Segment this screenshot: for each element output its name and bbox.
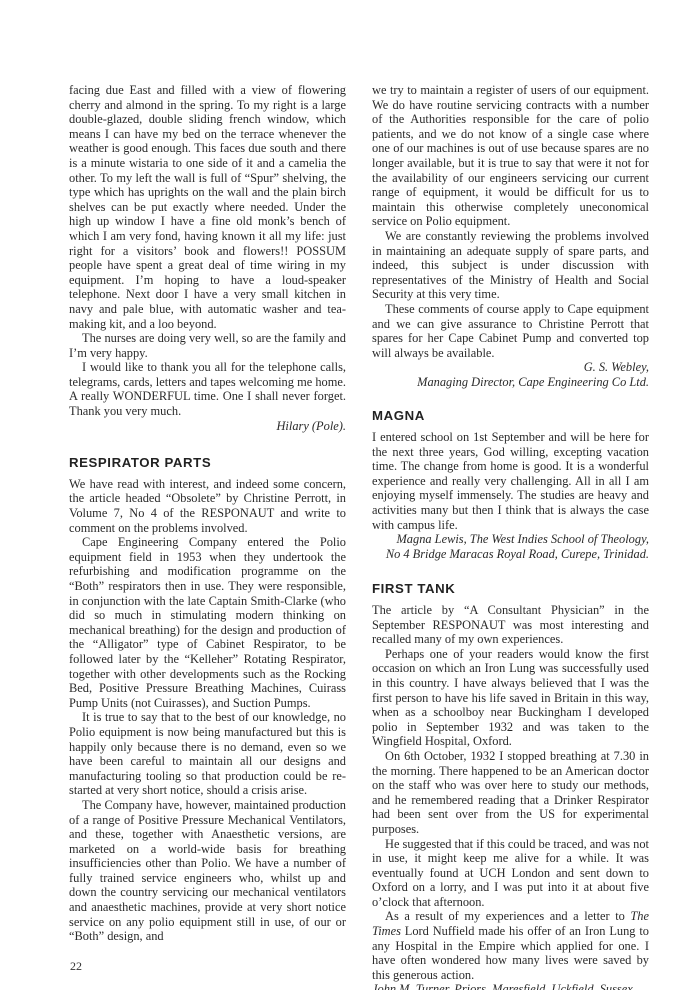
body-paragraph: we try to maintain a register of users o… <box>372 83 649 229</box>
author-signature-line2: No 4 Bridge Maracas Royal Road, Curepe, … <box>372 547 649 562</box>
body-paragraph: Cape Engineering Company entered the Pol… <box>69 535 346 710</box>
paragraph-suffix: Lord Nuffield made his offer of an Iron … <box>372 924 649 982</box>
body-paragraph: I entered school on 1st September and wi… <box>372 430 649 532</box>
body-paragraph: The nurses are doing very well, so are t… <box>69 331 346 360</box>
body-paragraph-final: As a result of my experiences and a lett… <box>372 909 649 982</box>
body-paragraph: The article by “A Consultant Physician” … <box>372 603 649 647</box>
right-column: we try to maintain a register of users o… <box>372 83 649 990</box>
body-paragraph: These comments of course apply to Cape e… <box>372 302 649 360</box>
body-paragraph: It is true to say that to the best of ou… <box>69 710 346 798</box>
body-paragraph: The Company have, however, maintained pr… <box>69 798 346 944</box>
author-signature: John M. Turner, Priors, Maresfield, Uckf… <box>372 982 649 990</box>
body-paragraph: He suggested that if this could be trace… <box>372 837 649 910</box>
body-paragraph: We have read with interest, and indeed s… <box>69 477 346 535</box>
body-paragraph: facing due East and filled with a view o… <box>69 83 346 331</box>
author-signature-name: G. S. Webley, <box>372 360 649 375</box>
section-heading-first-tank: FIRST TANK <box>372 582 649 597</box>
body-paragraph: We are constantly reviewing the problems… <box>372 229 649 302</box>
author-signature: Hilary (Pole). <box>69 419 346 434</box>
left-column: facing due East and filled with a view o… <box>69 83 346 944</box>
section-heading-respirator-parts: RESPIRATOR PARTS <box>69 456 346 471</box>
paragraph-prefix: As a result of my experiences and a lett… <box>385 909 630 923</box>
author-signature-title: Managing Director, Cape Engineering Co L… <box>372 375 649 390</box>
body-paragraph: I would like to thank you all for the te… <box>69 360 346 418</box>
author-signature-line1: Magna Lewis, The West Indies School of T… <box>372 532 649 547</box>
section-heading-magna: MAGNA <box>372 409 649 424</box>
page-number: 22 <box>70 959 82 974</box>
body-paragraph: On 6th October, 1932 I stopped breathing… <box>372 749 649 837</box>
body-paragraph: Perhaps one of your readers would know t… <box>372 647 649 749</box>
